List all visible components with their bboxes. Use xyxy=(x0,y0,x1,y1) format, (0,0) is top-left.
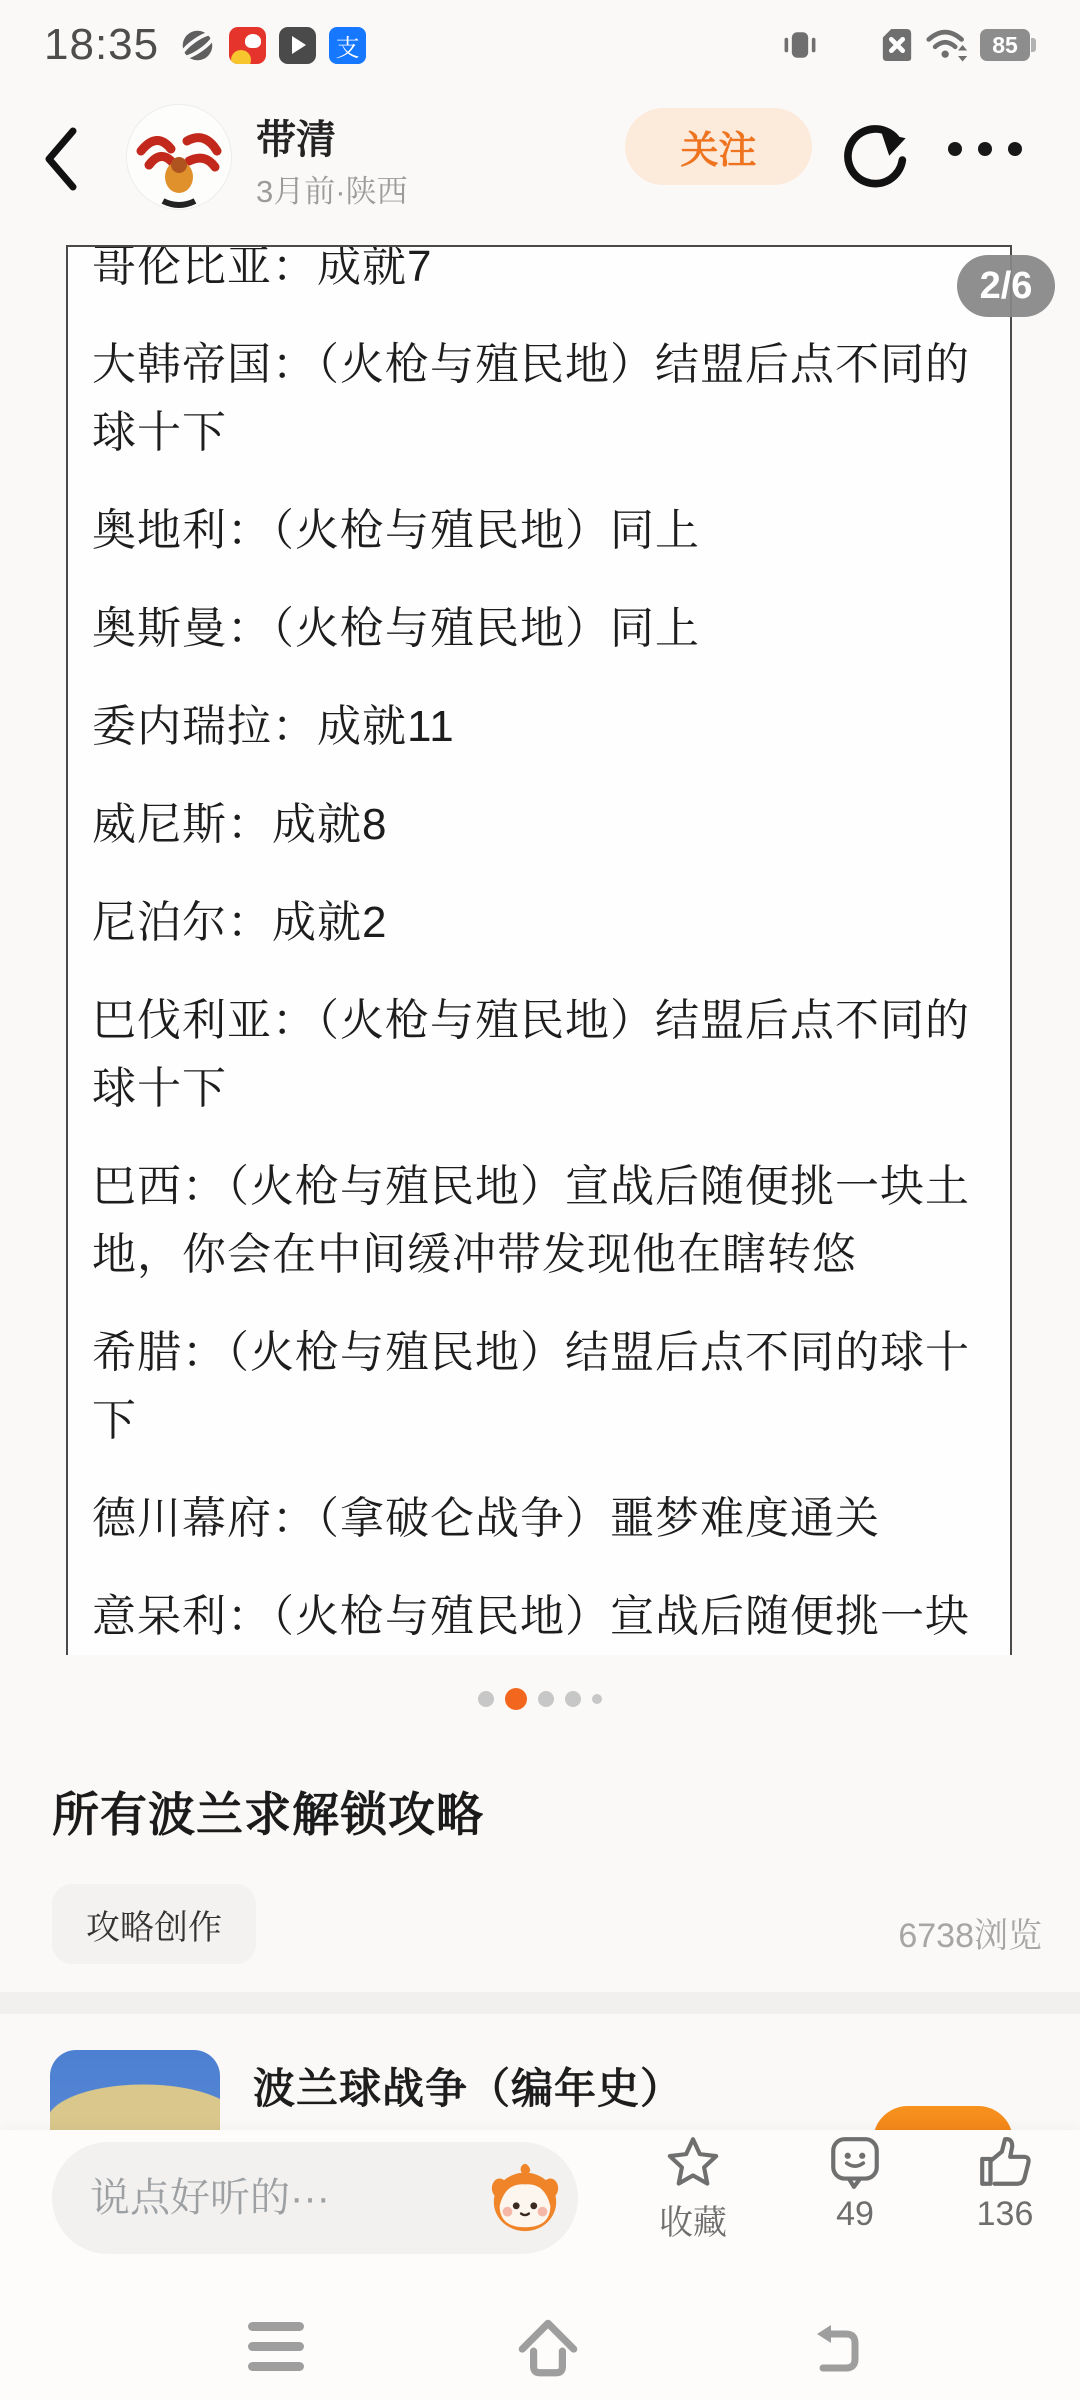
image-text-line: 德川幕府：（拿破仑战争）噩梦难度通关 xyxy=(92,1485,992,1553)
nav-menu-button[interactable] xyxy=(231,2302,321,2392)
battery-indicator: 85 xyxy=(980,29,1036,61)
app-screen: 18:35 支 xyxy=(0,0,1080,2400)
status-bar: 18:35 支 xyxy=(0,0,1080,90)
follow-button[interactable]: 关注 xyxy=(625,108,812,185)
avatar-logo-art xyxy=(127,105,231,209)
image-text-line: 尼泊尔：成就2 xyxy=(92,889,992,957)
user-name[interactable]: 带清 xyxy=(256,108,336,165)
star-icon xyxy=(664,2134,722,2190)
carousel-page-badge: 2/6 xyxy=(957,255,1055,317)
wifi-icon xyxy=(925,26,969,64)
favorite-label: 收藏 xyxy=(628,2195,758,2244)
pagination-dot xyxy=(538,1691,554,1707)
image-text-line: 大韩帝国：（火枪与殖民地）结盟后点不同的球十下 xyxy=(92,331,992,467)
share-button[interactable] xyxy=(840,124,910,194)
post-header: 带清 3月前·陕西 关注 xyxy=(0,90,1080,230)
vibrate-icon xyxy=(780,25,820,65)
planet-notification-icon xyxy=(179,27,216,64)
post-tag[interactable]: 攻略创作 xyxy=(52,1884,256,1964)
clock: 18:35 xyxy=(44,20,159,70)
image-text-line: 委内瑞拉：成就11 xyxy=(92,693,992,761)
system-nav-bar xyxy=(0,2290,1080,2400)
view-count: 6738浏览 xyxy=(898,1908,1042,1957)
share-arrow-icon xyxy=(840,124,910,194)
back-chevron-icon xyxy=(41,125,81,193)
comment-input-pill[interactable] xyxy=(52,2142,578,2254)
image-text-line: 威尼斯：成就8 xyxy=(92,791,992,859)
post-title: 所有波兰求解锁攻略 xyxy=(52,1778,484,1845)
carousel-pagination-dots xyxy=(0,1686,1080,1712)
image-text-line: 哥伦比亚：成就7 xyxy=(92,245,992,301)
comment-bubble-icon xyxy=(826,2134,884,2190)
video-app-notification-icon xyxy=(279,27,316,64)
comment-count: 49 xyxy=(790,2195,920,2234)
post-image-carousel-slide[interactable]: 哥伦比亚：成就7大韩帝国：（火枪与殖民地）结盟后点不同的球十下奥地利：（火枪与殖… xyxy=(66,245,1012,1655)
return-arrow-icon xyxy=(804,2317,868,2377)
related-game-title[interactable]: 波兰球战争（编年史） xyxy=(253,2056,683,2116)
pagination-dot xyxy=(565,1691,581,1707)
notification-icons: 支 xyxy=(179,27,366,64)
post-time-location: 3月前·陕西 xyxy=(256,166,408,211)
more-options-button[interactable] xyxy=(948,142,1022,156)
comment-input[interactable] xyxy=(88,2175,486,2222)
comment-button[interactable]: 49 xyxy=(790,2134,920,2234)
dot xyxy=(978,142,992,156)
like-count: 136 xyxy=(940,2195,1070,2234)
pagination-dot xyxy=(592,1694,602,1704)
alipay-notification-icon: 支 xyxy=(329,27,366,64)
comment-bar: 收藏 49 136 xyxy=(0,2130,1080,2290)
home-icon xyxy=(512,2314,584,2380)
image-text-line: 巴西：（火枪与殖民地）宣战后随便挑一块土地，你会在中间缓冲带发现他在瞎转悠 xyxy=(92,1153,992,1289)
red-app-notification-icon xyxy=(229,27,266,64)
dot xyxy=(1008,142,1022,156)
image-text-line: 巴伐利亚：（火枪与殖民地）结盟后点不同的球十下 xyxy=(92,987,992,1123)
menu-icon xyxy=(245,2320,307,2374)
image-text-line: 意呆利：（火枪与殖民地）宣战后随便挑一块 xyxy=(92,1583,992,1651)
do-not-disturb-moon-icon xyxy=(831,26,869,64)
user-avatar[interactable] xyxy=(126,104,232,210)
image-text-line: 奥地利：（火枪与殖民地）同上 xyxy=(92,497,992,565)
image-text-line: 奥斯曼：（火枪与殖民地）同上 xyxy=(92,595,992,663)
mascot-emoji-icon[interactable] xyxy=(486,2159,564,2237)
battery-level: 85 xyxy=(980,29,1030,61)
image-text-line: 希腊：（火枪与殖民地）结盟后点不同的球十下 xyxy=(92,1319,992,1455)
nav-back-button[interactable] xyxy=(791,2302,881,2392)
pagination-dot xyxy=(478,1691,494,1707)
no-sim-icon xyxy=(880,26,914,64)
pagination-dot xyxy=(505,1688,527,1710)
like-button[interactable]: 136 xyxy=(940,2134,1070,2234)
dot xyxy=(948,142,962,156)
back-button[interactable] xyxy=(26,114,96,204)
section-divider xyxy=(0,1992,1080,2014)
favorite-button[interactable]: 收藏 xyxy=(628,2134,758,2244)
thumbs-up-icon xyxy=(976,2134,1034,2190)
system-status-icons: 85 xyxy=(780,25,1036,65)
nav-home-button[interactable] xyxy=(503,2302,593,2392)
battery-tip xyxy=(1031,38,1036,52)
